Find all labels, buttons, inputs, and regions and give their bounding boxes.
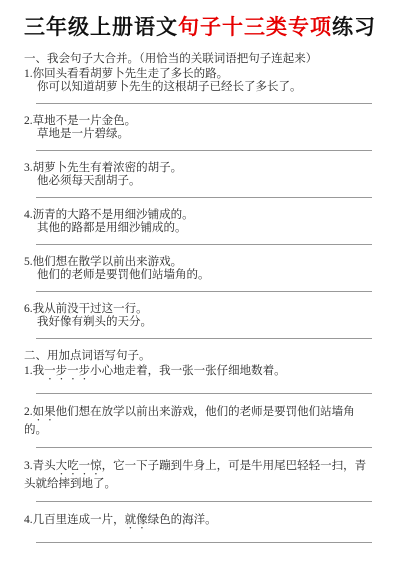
answer-line: [36, 501, 372, 502]
item-number: 2.: [24, 115, 33, 127]
answer-line: [36, 103, 372, 104]
sentence-with-dots: 3.青头大吃一惊，它一下子蹦到牛身上，可是牛用尾巴轻轻一扫，青头就给摔到地了。: [24, 460, 374, 491]
answer-line: [36, 197, 372, 198]
section-1-heading: 一、我会句子大合并。（用恰当的关联词语把句子连起来）: [24, 53, 374, 66]
item-number: 4.: [24, 209, 33, 221]
sentence-text: 青头: [33, 460, 56, 472]
sentence-text: 我从前没干过这一行。: [33, 303, 148, 315]
exercise-item: 3.胡萝卜先生有着浓密的胡子。 他必须每天刮胡子。: [24, 162, 374, 198]
section-2-heading: 二、用加点词语写句子。: [24, 350, 374, 363]
sentence-pair-second: 草地是一片碧绿。: [24, 128, 374, 141]
sentence-pair-first: 3.胡萝卜先生有着浓密的胡子。: [24, 162, 374, 175]
answer-line: [36, 447, 372, 448]
item-number: 1.: [24, 68, 33, 80]
sentence-with-dots: 4.几百里连成一片，就像绿色的海洋。: [24, 514, 374, 532]
sentence-text: 草地不是一片金色。: [33, 115, 137, 127]
item-number: 5.: [24, 256, 33, 268]
exercise-item: 2.草地不是一片金色。 草地是一片碧绿。: [24, 115, 374, 151]
sentence-pair-second: 我好像有剃头的天分。: [24, 316, 374, 329]
answer-line: [36, 150, 372, 151]
sentence-pair-first: 5.他们想在散学以前出来游戏。: [24, 256, 374, 269]
item-number: 4.: [24, 514, 33, 526]
title-text-highlight: 句子十三类专项: [178, 15, 332, 39]
item-number: 1.: [24, 365, 33, 377]
exercise-item: 2.如果他们想在放学以前出来游戏，他们的老师是要罚他们站墙角的。: [24, 406, 374, 448]
sentence-text: 几百里连成一片，: [33, 514, 125, 526]
section-1: 一、我会句子大合并。（用恰当的关联词语把句子连起来） 1.你回头看看胡萝卜先生走…: [24, 53, 374, 339]
sentence-text: 沥青的大路不是用细沙铺成的。: [33, 209, 194, 221]
sentence-with-dots: 2.如果他们想在放学以前出来游戏，他们的老师是要罚他们站墙角的。: [24, 406, 374, 437]
sentence-pair-first: 1.你回头看看胡萝卜先生走了多长的路。: [24, 68, 374, 81]
exercise-item: 1.你回头看看胡萝卜先生走了多长的路。 你可以知道胡萝卜先生的这根胡子已经长了多…: [24, 68, 374, 104]
title-text-right: 练习: [332, 15, 376, 39]
answer-line: [36, 542, 372, 543]
exercise-item: 4.几百里连成一片，就像绿色的海洋。: [24, 514, 374, 543]
exercise-item: 4.沥青的大路不是用细沙铺成的。 其他的路都是用细沙铺成的。: [24, 209, 374, 245]
sentence-text: 他们想在放学以前出来游戏，他们的老师是要罚他们站墙角的。: [24, 406, 355, 436]
exercise-item: 3.青头大吃一惊，它一下子蹦到牛身上，可是牛用尾巴轻轻一扫，青头就给摔到地了。: [24, 460, 374, 502]
sentence-pair-first: 4.沥青的大路不是用细沙铺成的。: [24, 209, 374, 222]
item-number: 3.: [24, 162, 33, 174]
title-text-left: 三年级上册语文: [24, 15, 178, 39]
exercise-item: 1.我一步一步小心地走着，我一张一张仔细地数着。: [24, 365, 374, 394]
sentence-text: 他们想在散学以前出来游戏。: [33, 256, 183, 268]
worksheet-page: 三年级上册语文句子十三类专项练习 一、我会句子大合并。（用恰当的关联词语把句子连…: [0, 0, 400, 566]
item-number: 6.: [24, 303, 33, 315]
sentence-pair-second: 你可以知道胡萝卜先生的这根胡子已经长了多长了。: [24, 81, 374, 94]
answer-line: [36, 291, 372, 292]
sentence-pair-second: 他们的老师是要罚他们站墙角的。: [24, 269, 374, 282]
sentence-text: 我: [33, 365, 45, 377]
exercise-item: 5.他们想在散学以前出来游戏。 他们的老师是要罚他们站墙角的。: [24, 256, 374, 292]
sentence-pair-second: 他必须每天刮胡子。: [24, 175, 374, 188]
item-number: 2.: [24, 406, 33, 418]
sentence-pair-first: 6.我从前没干过这一行。: [24, 303, 374, 316]
emphasized-phrase: 大吃一惊: [56, 460, 102, 472]
sentence-text: 胡萝卜先生有着浓密的胡子。: [33, 162, 183, 174]
answer-line: [36, 338, 372, 339]
sentence-text: 小心地走着，我一张一张仔细地数着。: [90, 365, 286, 377]
sentence-pair-second: 其他的路都是用细沙铺成的。: [24, 222, 374, 235]
emphasized-phrase: 一步一步: [44, 365, 90, 377]
sentence-text: 绿色的海洋。: [148, 514, 217, 526]
page-title: 三年级上册语文句子十三类专项练习: [24, 13, 374, 42]
item-number: 3.: [24, 460, 33, 472]
emphasized-phrase: 如果: [33, 406, 56, 418]
section-2: 二、用加点词语写句子。 1.我一步一步小心地走着，我一张一张仔细地数着。 2.如…: [24, 350, 374, 543]
sentence-with-dots: 1.我一步一步小心地走着，我一张一张仔细地数着。: [24, 365, 374, 383]
answer-line: [36, 244, 372, 245]
exercise-item: 6.我从前没干过这一行。 我好像有剃头的天分。: [24, 303, 374, 339]
sentence-pair-first: 2.草地不是一片金色。: [24, 115, 374, 128]
sentence-text: 你回头看看胡萝卜先生走了多长的路。: [33, 68, 229, 80]
answer-line: [36, 393, 372, 394]
emphasized-phrase: 就像: [125, 514, 148, 526]
